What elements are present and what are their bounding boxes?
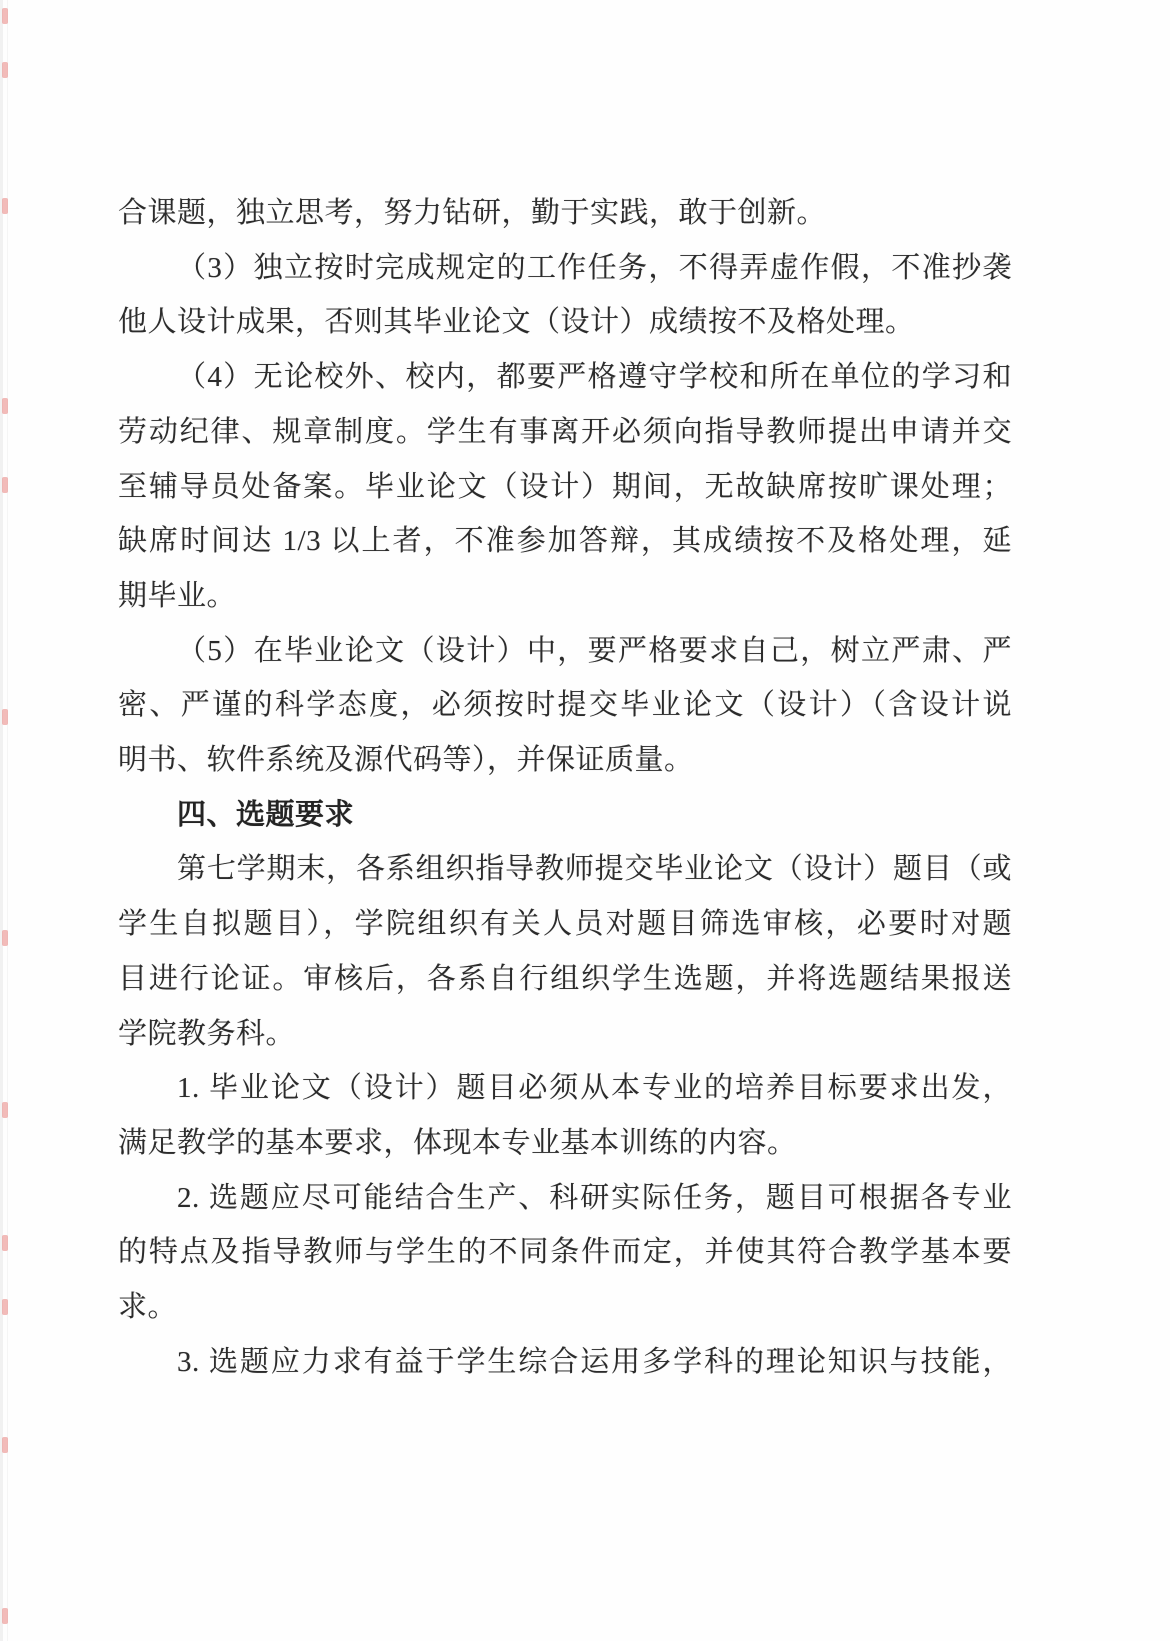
document-line: 密、严谨的科学态度，必须按时提交毕业论文（设计）（含设计说 <box>118 678 1012 733</box>
document-line: 他人设计成果，否则其毕业论文（设计）成绩按不及格处理。 <box>118 295 1012 350</box>
scan-artifact-mark <box>2 930 8 946</box>
document-line: 期毕业。 <box>118 569 1012 624</box>
document-line: 2. 选题应尽可能结合生产、科研实际任务，题目可根据各专业 <box>118 1171 1012 1226</box>
scan-artifact-mark <box>2 62 8 78</box>
scan-edge-strip <box>0 0 3 1641</box>
document-line: 目进行论证。审核后，各系自行组织学生选题，并将选题结果报送 <box>118 952 1012 1007</box>
document-line: 3. 选题应力求有益于学生综合运用多学科的理论知识与技能， <box>118 1335 1012 1390</box>
document-line: 明书、软件系统及源代码等），并保证质量。 <box>118 733 1012 788</box>
scan-artifact-mark <box>2 477 8 493</box>
document-text-block: 合课题，独立思考，努力钻研，勤于实践，敢于创新。（3）独立按时完成规定的工作任务… <box>118 186 1012 1389</box>
scan-edge-line <box>7 0 8 1641</box>
scan-artifact-mark <box>2 709 8 725</box>
scan-artifact-mark <box>2 198 8 214</box>
scan-artifact-mark <box>2 398 8 414</box>
document-line: 劳动纪律、规章制度。学生有事离开必须向指导教师提出申请并交 <box>118 405 1012 460</box>
document-line: 求。 <box>118 1280 1012 1335</box>
section-heading: 四、选题要求 <box>118 788 1012 843</box>
scan-artifact-mark <box>2 1102 8 1118</box>
document-line: （5）在毕业论文（设计）中，要严格要求自己，树立严肃、严 <box>118 624 1012 679</box>
scan-artifact-mark <box>2 1608 8 1624</box>
document-line: 1. 毕业论文（设计）题目必须从本专业的培养目标要求出发， <box>118 1061 1012 1116</box>
document-line: 第七学期末，各系组织指导教师提交毕业论文（设计）题目（或 <box>118 842 1012 897</box>
scan-artifact-mark <box>2 1437 8 1453</box>
scan-artifact-mark <box>2 1235 8 1251</box>
document-line: 缺席时间达 1/3 以上者，不准参加答辩，其成绩按不及格处理，延 <box>118 514 1012 569</box>
document-line: 合课题，独立思考，努力钻研，勤于实践，敢于创新。 <box>118 186 1012 241</box>
document-line: （4）无论校外、校内，都要严格遵守学校和所在单位的学习和 <box>118 350 1012 405</box>
document-line: 学院教务科。 <box>118 1007 1012 1062</box>
scan-artifact-mark <box>2 1299 8 1315</box>
document-line: 的特点及指导教师与学生的不同条件而定，并使其符合教学基本要 <box>118 1225 1012 1280</box>
scan-artifact-mark <box>2 8 8 24</box>
document-line: 至辅导员处备案。毕业论文（设计）期间，无故缺席按旷课处理； <box>118 460 1012 515</box>
document-line: 满足教学的基本要求，体现本专业基本训练的内容。 <box>118 1116 1012 1171</box>
document-line: 学生自拟题目），学院组织有关人员对题目筛选审核，必要时对题 <box>118 897 1012 952</box>
document-line: （3）独立按时完成规定的工作任务，不得弄虚作假，不准抄袭 <box>118 241 1012 296</box>
